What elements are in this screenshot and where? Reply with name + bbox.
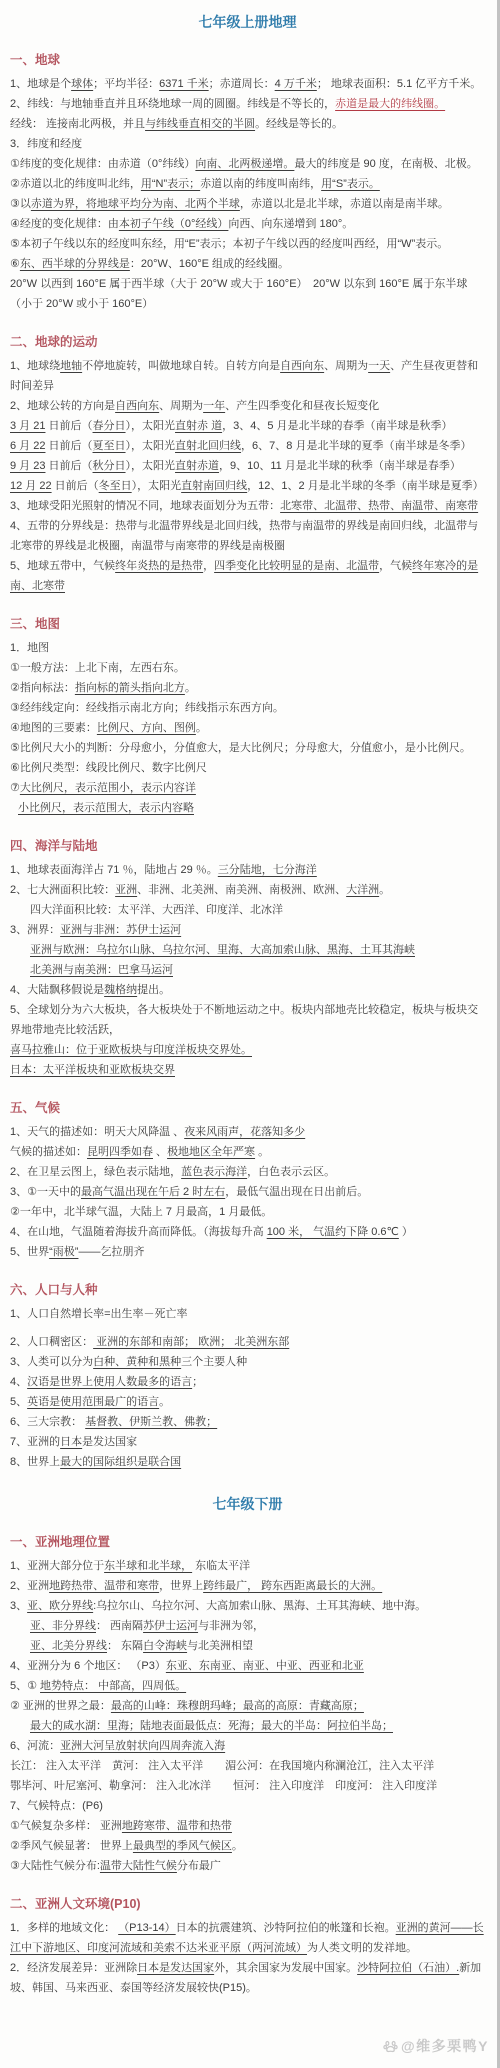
page-title: 七年级下册 [10, 1494, 485, 1514]
text-line: 5、全球划分为六大板块，各大板块处于不断地运动之中。板块内部地壳比较稳定，板块与… [10, 1000, 485, 1040]
text-line: ⑦大比例尺，表示范围小，表示内容详 [10, 778, 485, 798]
text-line: 1、人口自然增长率=出生率－死亡率 [10, 1304, 485, 1324]
text-line: 1．多样的地域文化： （P13-14）日本的抗震建筑、沙特阿拉伯的帐篷和长袍。亚… [10, 1918, 485, 1958]
text-line: 12 月 22 日前后（冬至日），太阳光直射南回归线，12、1、2 月是北半球的… [10, 476, 485, 496]
text-line: ⑤比例尺大小的判断：分母愈小，分值愈大，是大比例尺；分母愈大，分值愈小，是小比例… [10, 738, 485, 758]
text-line: 2、地球公转的方向是自西向东、周期为一年、产生四季变化和昼夜长短变化 [10, 396, 485, 416]
watermark-text: @维多栗鸭Y [401, 2036, 489, 2056]
text-line: 8、世界上最大的国际组织是联合国 [10, 1452, 485, 1472]
text-line: 1、亚洲大部分位于东半球和北半球， 东临太平洋 [10, 1556, 485, 1576]
text-line: 6、三大宗教： 基督教、伊斯兰教、佛教； [10, 1412, 485, 1432]
text-line: ②一年中，北半球气温，大陆上 7 月最高，1 月最低。 [10, 1202, 485, 1222]
text-line: ③经纬线定向：经线指示南北方向；纬线指示东西方向。 [10, 698, 485, 718]
text-line: 最大的咸水湖：里海；陆地表面最低点：死海；最大的半岛：阿拉伯半岛； [10, 1716, 485, 1736]
text-line: 3．纬度和经度 [10, 134, 485, 154]
section-heading: 五、气候 [10, 1098, 485, 1118]
text-line: 1、地球是个球体；平均半径：6371 千米；赤道周长：4 万千米； 地球表面积：… [10, 74, 485, 94]
text-line: ④经度的变化规律：由本初子午线（0°经线）向西、向东递增到 180°。 [10, 214, 485, 234]
text-line: ⑥比例尺类型：线段比例尺、数字比例尺 [10, 758, 485, 778]
text-line: 7、亚洲的日本是发达国家 [10, 1432, 485, 1452]
text-line: 气候的描述如：昆明四季如春 、极地地区全年严寒 。 [10, 1142, 485, 1162]
text-line: 5、世界“雨极”——乞拉朋齐 [10, 1242, 485, 1262]
text-line: 亚、北美分界线： 东隔白令海峡与北美洲相望 [10, 1636, 485, 1656]
text-line: 喜马拉雅山：位于亚欧板块与印度洋板块交界处。 [10, 1040, 485, 1060]
text-line: 3 月 21 日前后（春分日），太阳光直射赤 道，3、4、5 月是北半球的春季（… [10, 416, 485, 436]
text-line: 2、亚洲地跨热带、温带和寒带，世界上跨纬最广， 跨东西距离最长的大洲。 [10, 1576, 485, 1596]
text-line: 4、汉语是世界上使用人数最多的语言； [10, 1372, 485, 1392]
text-line: ①气候复杂多样： 亚洲地跨寒带、温带和热带 [10, 1816, 485, 1836]
text-line: 小比例尺，表示范围大，表示内容略 [10, 798, 485, 818]
section-heading: 一、地球 [10, 50, 485, 70]
section-heading: 三、地图 [10, 614, 485, 634]
text-line: 5、① 地势特点： 中部高，四周低。 [10, 1676, 485, 1696]
text-line: ② 亚洲的世界之最：最高的山峰：珠穆朗玛峰；最高的高原：青藏高原； [10, 1696, 485, 1716]
text-line: ①纬度的变化规律：由赤道（0°纬线）向南、北两极递增。最大的纬度是 90 度，在… [10, 154, 485, 174]
text-line: 亚洲与欧洲：乌拉尔山脉、乌拉尔河、里海、大高加索山脉、黑海、土耳其海峡 [10, 940, 485, 960]
text-line: 1、天气的描述如：明天大风降温 、夜来风雨声，花落知多少 [10, 1122, 485, 1142]
text-line: 6、河流：亚洲大河呈放射状向四周奔流入海 [10, 1736, 485, 1756]
text-line: 2、七大洲面积比较：亚洲、非洲、北美洲、南美洲、南极洲、欧洲、大洋洲。 [10, 880, 485, 900]
text-line: 1、地球绕地轴不停地旋转，叫做地球自转。自转方向是自西向东、周期为一天、产生昼夜… [10, 356, 485, 396]
text-line: ①一般方法：上北下南，左西右东。 [10, 658, 485, 678]
section-heading: 四、海洋与陆地 [10, 836, 485, 856]
text-line: 3、地球受阳光照射的情况不同，地球表面划分为五带：北寒带、北温带、热带、南温带、… [10, 496, 485, 516]
text-line: 5、地球五带中，气候终年炎热的是热带，四季变化比较明显的是南、北温带，气候终年寒… [10, 556, 485, 596]
text-line: 2、人口稠密区： 亚洲的东部和南部； 欧洲； 北美洲东部 [10, 1332, 485, 1352]
text-line: 7、气候特点：(P6) [10, 1796, 485, 1816]
text-line: 6 月 22 日前后（夏至日），太阳光直射北回归线，6、7、8 月是北半球的夏季… [10, 436, 485, 456]
text-line: 4、五带的分界线是：热带与北温带界线是北回归线，热带与南温带的界线是南回归线，北… [10, 516, 485, 556]
text-line: ⑥东、西半球的分界线是：20°W、160°E 组成的经线圈。 [10, 254, 485, 274]
page-title: 七年级上册地理 [10, 12, 485, 32]
text-line: ④地图的三要素：比例尺、方向、图例。 [10, 718, 485, 738]
text-line: 4、大陆飘移假说是魏格纳提出。 [10, 980, 485, 1000]
watermark: @维多栗鸭Y [383, 2036, 489, 2056]
text-line: 4、在山地，气温随着海拔升高而降低。（海拔每升高 100 米， 气温约下降 0.… [10, 1222, 485, 1242]
text-line: 北美洲与南美洲：巴拿马运河 [10, 960, 485, 980]
text-line: 2、在卫星云图上，绿色表示陆地，蓝色表示海洋，白色表示云区。 [10, 1162, 485, 1182]
text-line: 3、人类可以分为白种、黄种和黑种三个主要人种 [10, 1352, 485, 1372]
text-line: 1、地球表面海洋占 71 ％，陆地占 29 ％。三分陆地，七分海洋 [10, 860, 485, 880]
text-line: ③以赤道为界，将地球平均分为南、北两个半球，赤道以北是北半球，赤道以南是南半球。 [10, 194, 485, 214]
paw-icon [383, 2039, 398, 2054]
text-line: 3、①一天中的最高气温出现在午后 2 时左右，最低气温出现在日出前后。 [10, 1182, 485, 1202]
section-heading: 六、人口与人种 [10, 1280, 485, 1300]
document-page: 七年级上册地理一、地球1、地球是个球体；平均半径：6371 千米；赤道周长：4 … [0, 0, 500, 2068]
text-line: 1．地图 [10, 638, 485, 658]
section-heading: 二、亚洲人文环境(P10) [10, 1894, 485, 1914]
text-line: 4、亚洲分为 6 个地区： （P3）东亚、东南亚、南亚、中亚、西亚和北亚 [10, 1656, 485, 1676]
text-line: 鄂毕河、叶尼塞河、勒拿河： 注入北冰洋 恒河： 注入印度洋 印度河： 注入印度洋 [10, 1776, 485, 1796]
text-line: ②赤道以北的纬度叫北纬，用“N”表示；赤道以南的纬度叫南纬，用“S”表示。 [10, 174, 485, 194]
text-line: 亚、非分界线： 西南隔苏伊士运河与非洲为邻， [10, 1616, 485, 1636]
text-line: 四大洋面积比较：太平洋、大西洋、印度洋、北冰洋 [10, 900, 485, 920]
text-line: 3、洲界：亚洲与非洲：苏伊士运河 [10, 920, 485, 940]
section-heading: 一、亚洲地理位置 [10, 1532, 485, 1552]
text-line: ⑤本初子午线以东的经度叫东经，用“E”表示；本初子午线以西的经度叫西经，用“W”… [10, 234, 485, 254]
text-line: ②季风气候显著： 世界上最典型的季风气候区。 [10, 1836, 485, 1856]
text-line: 20°W 以西到 160°E 属于西半球（大于 20°W 或大于 160°E） … [10, 274, 485, 314]
text-line: 5、英语是使用范围最广的语言。 [10, 1392, 485, 1412]
text-line: 3、亚、欧分界线:乌拉尔山、乌拉尔河、大高加索山脉、黑海、土耳其海峡、地中海。 [10, 1596, 485, 1616]
text-line: 9 月 23 日前后（秋分日），太阳光直射赤道，9、10、11 月是北半球的秋季… [10, 456, 485, 476]
text-line: 经线： 连接南北两极，并且与纬线垂直相交的半圆。经线是等长的。 [10, 114, 485, 134]
text-line: 日本：太平洋板块和亚欧板块交界 [10, 1060, 485, 1080]
section-heading: 二、地球的运动 [10, 332, 485, 352]
text-line: 2．经济发展差异：亚洲除日本是发达国家外，其余国家为发展中国家。沙特阿拉伯（石油… [10, 1958, 485, 1998]
document-body: 七年级上册地理一、地球1、地球是个球体；平均半径：6371 千米；赤道周长：4 … [10, 12, 485, 1998]
text-line: ③大陆性气候分布:温带大陆性气候分布最广 [10, 1856, 485, 1876]
text-line: 长江： 注入太平洋 黄河： 注入太平洋 湄公河：在我国境内称澜沧江，注入太平洋 [10, 1756, 485, 1776]
spacer [10, 1324, 485, 1332]
text-line: 2、纬线：与地轴垂直并且环绕地球一周的圆圈。纬线是不等长的，赤道是最大的纬线圈。 [10, 94, 485, 114]
text-line: ②指向标法：指向标的箭头指向北方。 [10, 678, 485, 698]
